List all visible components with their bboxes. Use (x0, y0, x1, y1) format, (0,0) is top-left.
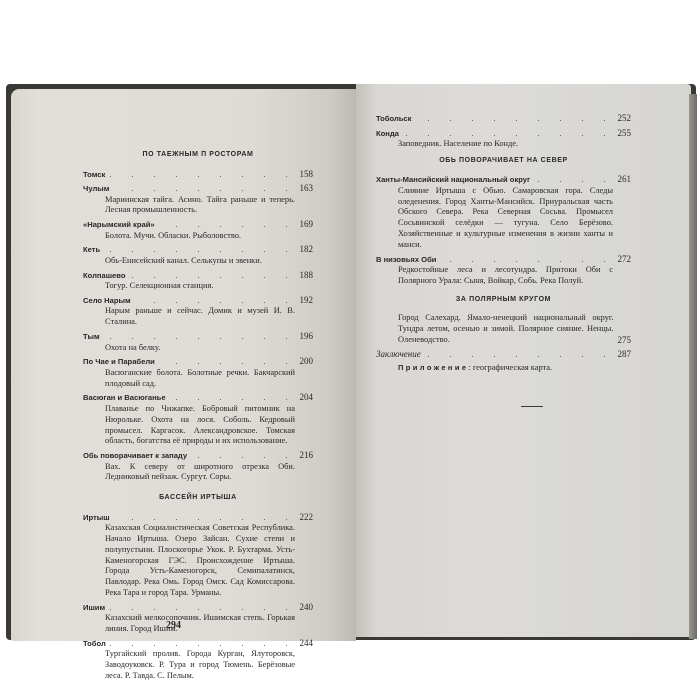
section-heading: ЗА ПОЛЯРНЫМ КРУГОМ (376, 295, 631, 306)
toc-entry: Тобольск. . . . . . . . . . . . . . . . … (376, 113, 631, 125)
leader-dots: . . . . . . . . . . . . . . . . . . . . … (158, 220, 297, 231)
section-heading: ПО ТАЕЖНЫМ П РОСТОРАМ (83, 150, 313, 161)
entry-page: 244 (300, 638, 314, 649)
entry-title: «Нарымский край» (83, 220, 155, 231)
entry-page: 255 (618, 128, 632, 139)
entry-page: 204 (300, 392, 314, 403)
toc-entry: Кеть. . . . . . . . . . . . . . . . . . … (83, 244, 313, 266)
entry-description: Тогур. Селекционная станция. (83, 281, 313, 292)
entry-title: По Чае и Парабели (83, 357, 155, 368)
leader-dots: . . . . . . . . . . . . . . . . . . . . … (108, 170, 296, 181)
entry-page: 275 (618, 335, 632, 346)
entry-page: 200 (300, 356, 314, 367)
entry-page: 158 (300, 169, 314, 180)
entry-title: Васюган и Васюганье (83, 393, 166, 404)
appendix-label: Приложение (398, 363, 468, 372)
toc-entry-conclusion: Заключение . . . . . . . . . . . . . . .… (376, 349, 631, 361)
toc-entry: В низовьях Оби. . . . . . . . . . . . . … (376, 254, 631, 287)
left-page: ПО ТАЕЖНЫМ П РОСТОРАМ Томск. . . . . . .… (11, 89, 356, 641)
entry-title: Томск (83, 170, 105, 181)
section-heading: БАССЕЙН ИРТЫША (83, 493, 313, 504)
end-rule (521, 406, 543, 407)
entry-title: Заключение (376, 349, 421, 360)
leader-dots: . . . . . . . . . . . . . . . . . . . . … (190, 451, 296, 462)
entry-description: Плаванье по Чижапке. Бобровый питомник н… (83, 404, 313, 447)
entry-title: Ханты-Мансийский национальный округ (376, 175, 530, 186)
book-edge (689, 94, 697, 639)
leader-dots: . . . . . . . . . . . . . . . . . . . . … (169, 393, 297, 404)
entry-title: Иртыш (83, 513, 110, 524)
entry-title: Обь поворачивает к западу (83, 451, 187, 462)
leader-dots: . . . . . . . . . . . . . . . . . . . . … (439, 255, 614, 266)
entry-title: Чулым (83, 184, 109, 195)
entry-title: Кеть (83, 245, 100, 256)
entry-page: 216 (300, 450, 314, 461)
entry-page: 252 (618, 113, 632, 124)
toc-entry: Васюган и Васюганье. . . . . . . . . . .… (83, 392, 313, 447)
page-number: 294 (166, 620, 181, 631)
toc-entry: Тым. . . . . . . . . . . . . . . . . . .… (83, 331, 313, 353)
leader-dots: . . . . . . . . . . . . . . . . . . . . … (112, 184, 296, 195)
leader-dots: . . . . . . . . . . . . . . . . . . . . … (424, 350, 615, 361)
toc-entry: Томск. . . . . . . . . . . . . . . . . .… (83, 169, 313, 181)
toc-entry: Ханты-Мансийский национальный округ. . .… (376, 174, 631, 250)
entry-description: Мариинская тайга. Асино. Тайга раньше и … (83, 195, 313, 217)
entry-page: 287 (618, 349, 632, 360)
entry-page: 192 (300, 295, 314, 306)
toc-entry: Тобол. . . . . . . . . . . . . . . . . .… (83, 638, 313, 682)
entry-description: Охота на белку. (83, 343, 313, 354)
leader-dots: . . . . . . . . . . . . . . . . . . . . … (103, 332, 297, 343)
toc-right: Тобольск. . . . . . . . . . . . . . . . … (376, 113, 631, 407)
entry-description: Тургайский пролив. Города Курган, Ялутор… (83, 649, 313, 681)
section-heading: ОБЬ ПОВОРАЧИВАЕТ НА СЕВЕР (376, 156, 631, 167)
toc-entry: Конда. . . . . . . . . . . . . . . . . .… (376, 128, 631, 150)
leader-dots: . . . . . . . . . . . . . . . . . . . . … (158, 357, 297, 368)
leader-dots: . . . . . . . . . . . . . . . . . . . . … (533, 175, 614, 186)
section-ob-north: ОБЬ ПОВОРАЧИВАЕТ НА СЕВЕР Ханты-Мансийск… (376, 156, 631, 287)
toc-entry: Город Салехард. Ямало-ненецкий националь… (376, 313, 631, 345)
entry-description: Обь-Енисейский канал. Селькупы и эвенки. (83, 256, 313, 267)
entry-title: В низовьях Оби (376, 255, 436, 266)
entry-description: Редкостойные леса и лесотундра. Притоки … (376, 265, 631, 287)
section-polar: ЗА ПОЛЯРНЫМ КРУГОМ Город Салехард. Ямало… (376, 295, 631, 346)
right-page: Тобольск. . . . . . . . . . . . . . . . … (356, 84, 691, 637)
entry-page: 163 (300, 183, 314, 194)
entry-page: 182 (300, 244, 314, 255)
leader-dots: . . . . . . . . . . . . . . . . . . . . … (128, 271, 296, 282)
entry-title: Тобол (83, 639, 106, 650)
entry-page: 261 (618, 174, 632, 185)
leader-dots: . . . . . . . . . . . . . . . . . . . . … (414, 114, 614, 125)
toc-entry: Колпашево. . . . . . . . . . . . . . . .… (83, 270, 313, 292)
entry-description: Васюганские болота. Болотные речки. Бакч… (83, 368, 313, 390)
entry-description: Нарым раньше и сейчас. Домик и музей И. … (83, 306, 313, 328)
toc-entry: По Чае и Парабели. . . . . . . . . . . .… (83, 356, 313, 389)
entry-title: Конда (376, 129, 399, 140)
leader-dots: . . . . . . . . . . . . . . . . . . . . … (103, 245, 296, 256)
entry-description: Казахский мелкосопочник. Ишимская степь.… (83, 613, 313, 635)
section-taiga: ПО ТАЕЖНЫМ П РОСТОРАМ Томск. . . . . . .… (83, 150, 313, 483)
toc-entry: Иртыш. . . . . . . . . . . . . . . . . .… (83, 512, 313, 599)
toc-left: ПО ТАЕЖНЫМ П РОСТОРАМ Томск. . . . . . .… (83, 144, 313, 685)
toc-entry: Обь поворачивает к западу. . . . . . . .… (83, 450, 313, 483)
leader-dots: . . . . . . . . . . . . . . . . . . . . … (113, 513, 297, 524)
section-irtysh: БАССЕЙН ИРТЫША Иртыш. . . . . . . . . . … (83, 493, 313, 682)
open-book: ПО ТАЕЖНЫМ П РОСТОРАМ Томск. . . . . . .… (6, 84, 696, 640)
entry-title: Тобольск (376, 114, 411, 125)
entry-title: Село Нарым (83, 296, 131, 307)
toc-entry: Село Нарым. . . . . . . . . . . . . . . … (83, 295, 313, 328)
entry-page: 188 (300, 270, 314, 281)
toc-entry: Чулым. . . . . . . . . . . . . . . . . .… (83, 183, 313, 216)
leader-dots: . . . . . . . . . . . . . . . . . . . . … (108, 603, 296, 614)
toc-entry: Ишим. . . . . . . . . . . . . . . . . . … (83, 602, 313, 635)
entry-page: 169 (300, 219, 314, 230)
entry-page: 240 (300, 602, 314, 613)
entry-title: Тым (83, 332, 100, 343)
toc-entry: «Нарымский край». . . . . . . . . . . . … (83, 219, 313, 241)
leader-dots: . . . . . . . . . . . . . . . . . . . . … (402, 129, 615, 140)
entry-description: Болота. Мучи. Обласки. Рыболовство. (83, 231, 313, 242)
appendix-line: Приложение: географическая карта. (376, 363, 631, 374)
entry-description: Казахская Социалистическая Советская Рес… (83, 523, 313, 599)
leader-dots: . . . . . . . . . . . . . . . . . . . . … (134, 296, 297, 307)
entry-page: 196 (300, 331, 314, 342)
entry-description: Город Салехард. Ямало-ненецкий националь… (376, 313, 618, 345)
appendix-text: : географическая карта. (468, 363, 552, 372)
entry-title: Ишим (83, 603, 105, 614)
entry-page: 272 (618, 254, 632, 265)
leader-dots: . . . . . . . . . . . . . . . . . . . . … (109, 639, 297, 650)
entry-page: 222 (300, 512, 314, 523)
entry-description: Слияние Иртыша с Обью. Самаровская гора.… (376, 186, 631, 251)
entry-description: Вах. К северу от широтного отрезка Оби. … (83, 462, 313, 484)
entry-description: Заповедник. Население по Конде. (376, 139, 631, 150)
entry-title: Колпашево (83, 271, 125, 282)
